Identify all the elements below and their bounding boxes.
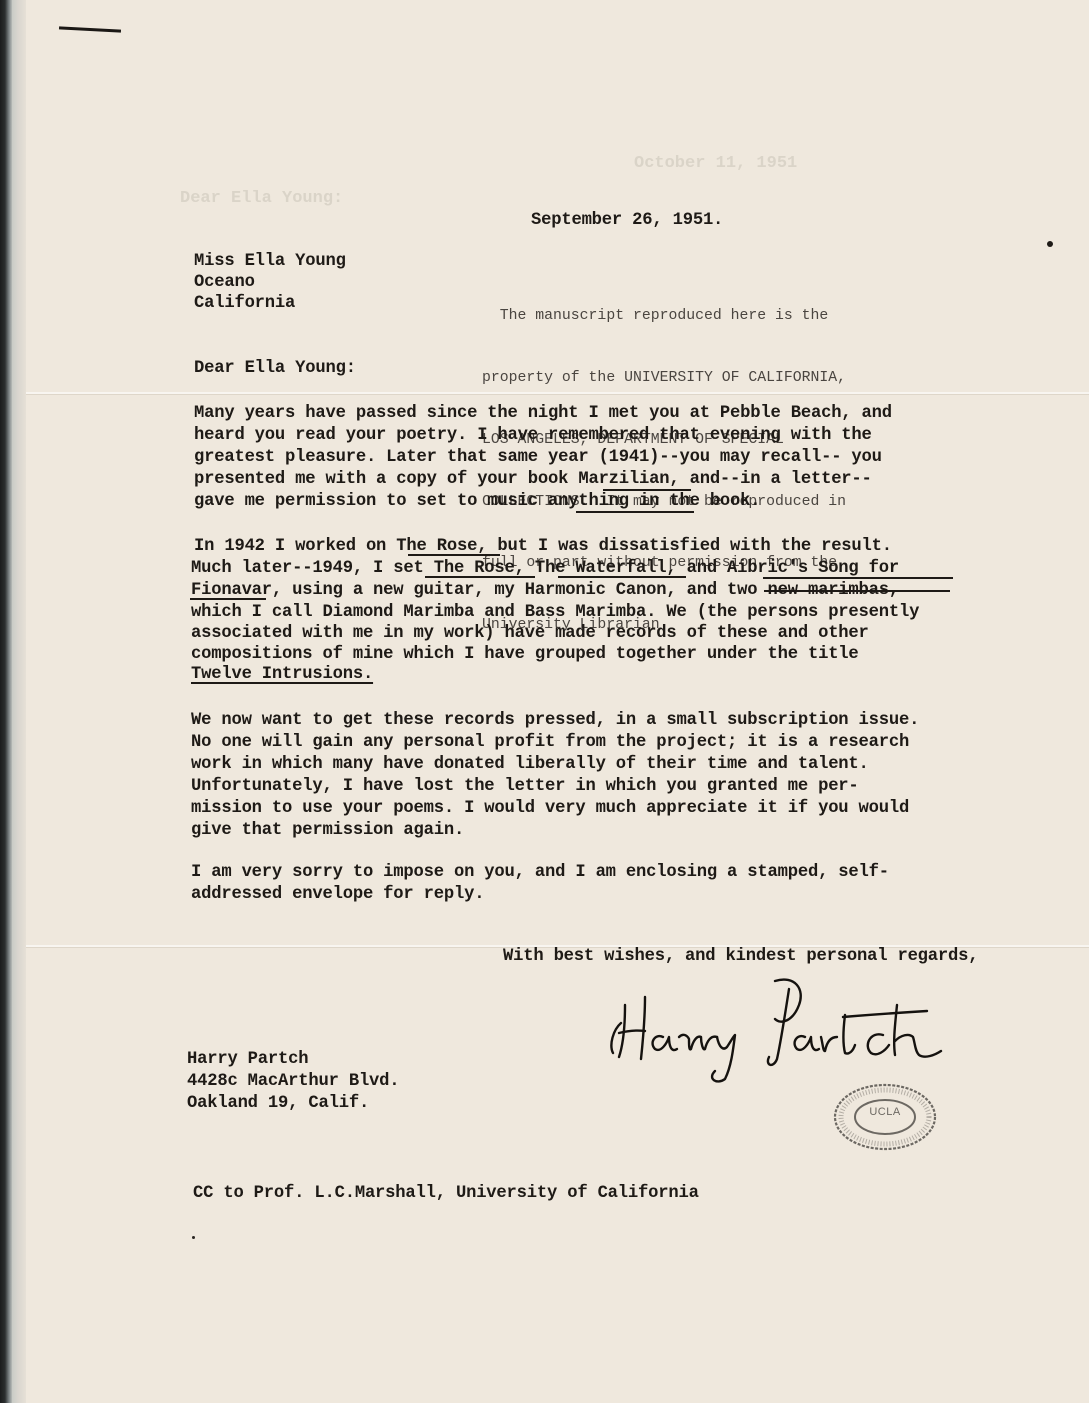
- sender-line: Harry Partch: [187, 1049, 308, 1071]
- ink-speck: [192, 1236, 195, 1239]
- underline-marzilian: [603, 489, 691, 491]
- recipient-line: California: [194, 293, 295, 315]
- bleed-through-salutation: Dear Ella Young:: [180, 188, 343, 210]
- body-line: which I call Diamond Marimba and Bass Ma…: [191, 602, 919, 624]
- notice-line: The manuscript reproduced here is the: [482, 306, 922, 327]
- bleed-through-date: October 11, 1951: [634, 153, 797, 175]
- ucla-library-stamp: UCLA: [832, 1082, 938, 1152]
- handwritten-signature: [605, 975, 965, 1085]
- scanner-edge: [0, 0, 12, 1403]
- stamp-label: UCLA: [832, 1106, 938, 1118]
- letter-date: September 26, 1951.: [531, 210, 723, 232]
- recipient-line: Miss Ella Young: [194, 251, 346, 273]
- recipient-line: Oceano: [194, 272, 255, 294]
- underline-set-the-rose: [425, 576, 535, 578]
- body-line: greatest pleasure. Later that same year …: [194, 447, 882, 469]
- body-line: presented me with a copy of your book Ma…: [194, 469, 872, 491]
- salutation: Dear Ella Young:: [194, 358, 356, 380]
- body-line: gave me permission to set to music anyth…: [194, 491, 760, 513]
- scanner-edge-shadow: [12, 0, 26, 1403]
- underline-fionavar: [190, 598, 266, 600]
- body-line: compositions of mine which I have groupe…: [191, 644, 859, 666]
- body-line: give that permission again.: [191, 820, 464, 842]
- body-line: addressed envelope for reply.: [191, 884, 484, 906]
- body-line: associated with me in my work) have made…: [191, 623, 869, 645]
- body-line: No one will gain any personal profit fro…: [191, 732, 909, 754]
- notice-line: property of the UNIVERSITY OF CALIFORNIA…: [482, 368, 922, 389]
- body-line: Many years have passed since the night I…: [194, 403, 892, 425]
- underline-aibrics-song: [763, 577, 953, 579]
- body-line: In 1942 I worked on The Rose, but I was …: [194, 536, 892, 558]
- body-line: Unfortunately, I have lost the letter in…: [191, 776, 859, 798]
- underline-anything-in: [576, 511, 694, 513]
- sender-line: Oakland 19, Calif.: [187, 1093, 369, 1115]
- body-line-title: Twelve Intrusions.: [191, 664, 373, 686]
- body-line: I am very sorry to impose on you, and I …: [191, 862, 889, 884]
- underline-the-rose: [408, 554, 500, 556]
- underline-the-waterfall: [558, 576, 686, 578]
- body-line: work in which many have donated liberall…: [191, 754, 869, 776]
- closing: With best wishes, and kindest personal r…: [503, 946, 978, 968]
- overline-two-new-marimbas: [764, 590, 950, 592]
- sender-line: 4428c MacArthur Blvd.: [187, 1071, 399, 1093]
- body-line: mission to use your poems. I would very …: [191, 798, 909, 820]
- cc-line: CC to Prof. L.C.Marshall, University of …: [193, 1183, 699, 1205]
- body-line: We now want to get these records pressed…: [191, 710, 919, 732]
- ink-speck: [1047, 241, 1053, 247]
- body-line: heard you read your poetry. I have remem…: [194, 425, 872, 447]
